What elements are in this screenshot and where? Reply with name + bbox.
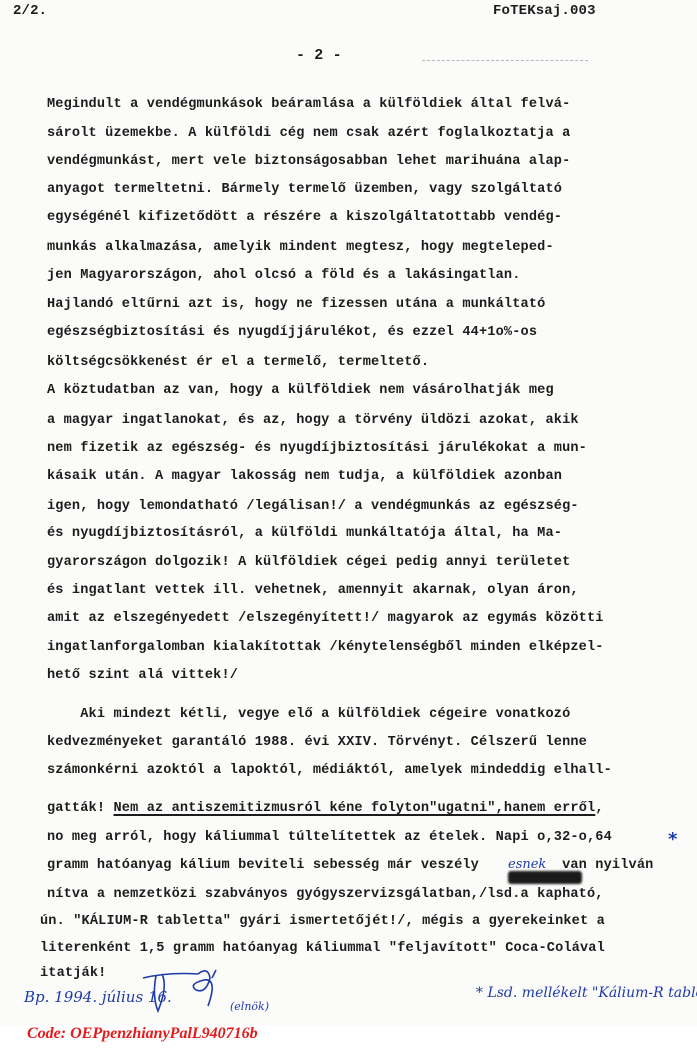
text-line: igen, hogy lemondatható /legálisan!/ a v… bbox=[47, 499, 579, 514]
text-line: költségcsökkenést ér el a termelő, terme… bbox=[47, 355, 429, 370]
text-line: vendégmunkást, mert vele biztonságosabba… bbox=[47, 154, 570, 169]
text-line: és ingatlant vettek ill. vehetnek, amenn… bbox=[47, 583, 579, 598]
asterisk-mark: * bbox=[668, 829, 677, 850]
text-line: Aki mindezt kétli, vegye elő a külföldie… bbox=[47, 707, 570, 722]
text-line: gyarországon dolgozik! A külföldiek cége… bbox=[47, 555, 570, 570]
line-suffix: , bbox=[595, 801, 603, 816]
text-line: kedvezményeket garantáló 1988. évi XXIV.… bbox=[47, 735, 587, 750]
handwritten-insert: esnek bbox=[508, 857, 546, 872]
redaction-mark bbox=[508, 871, 582, 884]
scanned-document-page: 2/2. FoTEKsaj.003 - 2 - Megindult a vend… bbox=[0, 0, 697, 1025]
text-line: jen Magyarországon, ahol olcsó a föld és… bbox=[47, 268, 521, 283]
page-number: - 2 - bbox=[296, 47, 342, 64]
text-line: literenként 1,5 gramm hatóanyag káliumma… bbox=[40, 941, 605, 956]
underlined-statement: Nem az antiszemitizmusról kéne folyton"u… bbox=[113, 801, 595, 816]
text-line: munkás alkalmazása, amelyik mindent megt… bbox=[47, 240, 554, 255]
text-line: amit az elszegényedett /elszegényített!/… bbox=[47, 611, 604, 626]
text-line: ún. "KÁLIUM-R tabletta" gyári ismertetőj… bbox=[40, 914, 605, 929]
underlined-line: gatták! Nem az antiszemitizmusról kéne f… bbox=[47, 801, 604, 816]
text-line: anyagot termeltetni. Bármely termelő üze… bbox=[47, 182, 562, 197]
text-line: A köztudatban az van, hogy a külföldiek … bbox=[47, 383, 554, 398]
text-line: egységénél kifizetődött a részére a kisz… bbox=[47, 210, 562, 225]
text-line: kásaik után. A magyar lakosság nem tudja… bbox=[47, 469, 562, 484]
text-line: itatják! bbox=[40, 966, 106, 981]
text-line: egészségbiztosítási és nyugdíjjárulékot,… bbox=[47, 325, 537, 340]
text-line: nítva a nemzetközi szabványos gyógyszerv… bbox=[47, 887, 604, 902]
line-prefix: gatták! bbox=[47, 801, 113, 816]
faint-stamp-line bbox=[422, 60, 588, 63]
handwritten-footnote: * Lsd. mellékelt "Kálium-R tabletta" ... bbox=[476, 985, 697, 1001]
text-line: a magyar ingatlanokat, és az, hogy a tör… bbox=[47, 413, 579, 428]
signature-role: (elnök) bbox=[230, 1000, 269, 1013]
text-line: Megindult a vendégmunkások beáramlása a … bbox=[47, 97, 570, 112]
text-line: számonkérni azoktól a lapoktól, médiáktó… bbox=[47, 763, 612, 778]
text-line: ingatlanforgalomban kialakítottak /kényt… bbox=[47, 640, 604, 655]
text-line: no meg arról, hogy káliummal túltelített… bbox=[47, 830, 612, 845]
text-line: sárolt üzemekbe. A külföldi cég nem csak… bbox=[47, 126, 570, 141]
text-line: és nyugdíjbiztosításról, a külföldi munk… bbox=[47, 526, 562, 541]
text-line: Hajlandó eltűrni azt is, hogy ne fizesse… bbox=[47, 297, 545, 312]
text-line: nem fizetik az egészség- és nyugdíjbizto… bbox=[47, 441, 587, 456]
text-line: hető szint alá vittek!/ bbox=[47, 668, 238, 683]
document-code: Code: OEPpenzhianyPalL940716b bbox=[27, 1025, 258, 1043]
page-reference: 2/2. bbox=[13, 3, 47, 19]
document-id: FoTEKsaj.003 bbox=[493, 3, 596, 19]
